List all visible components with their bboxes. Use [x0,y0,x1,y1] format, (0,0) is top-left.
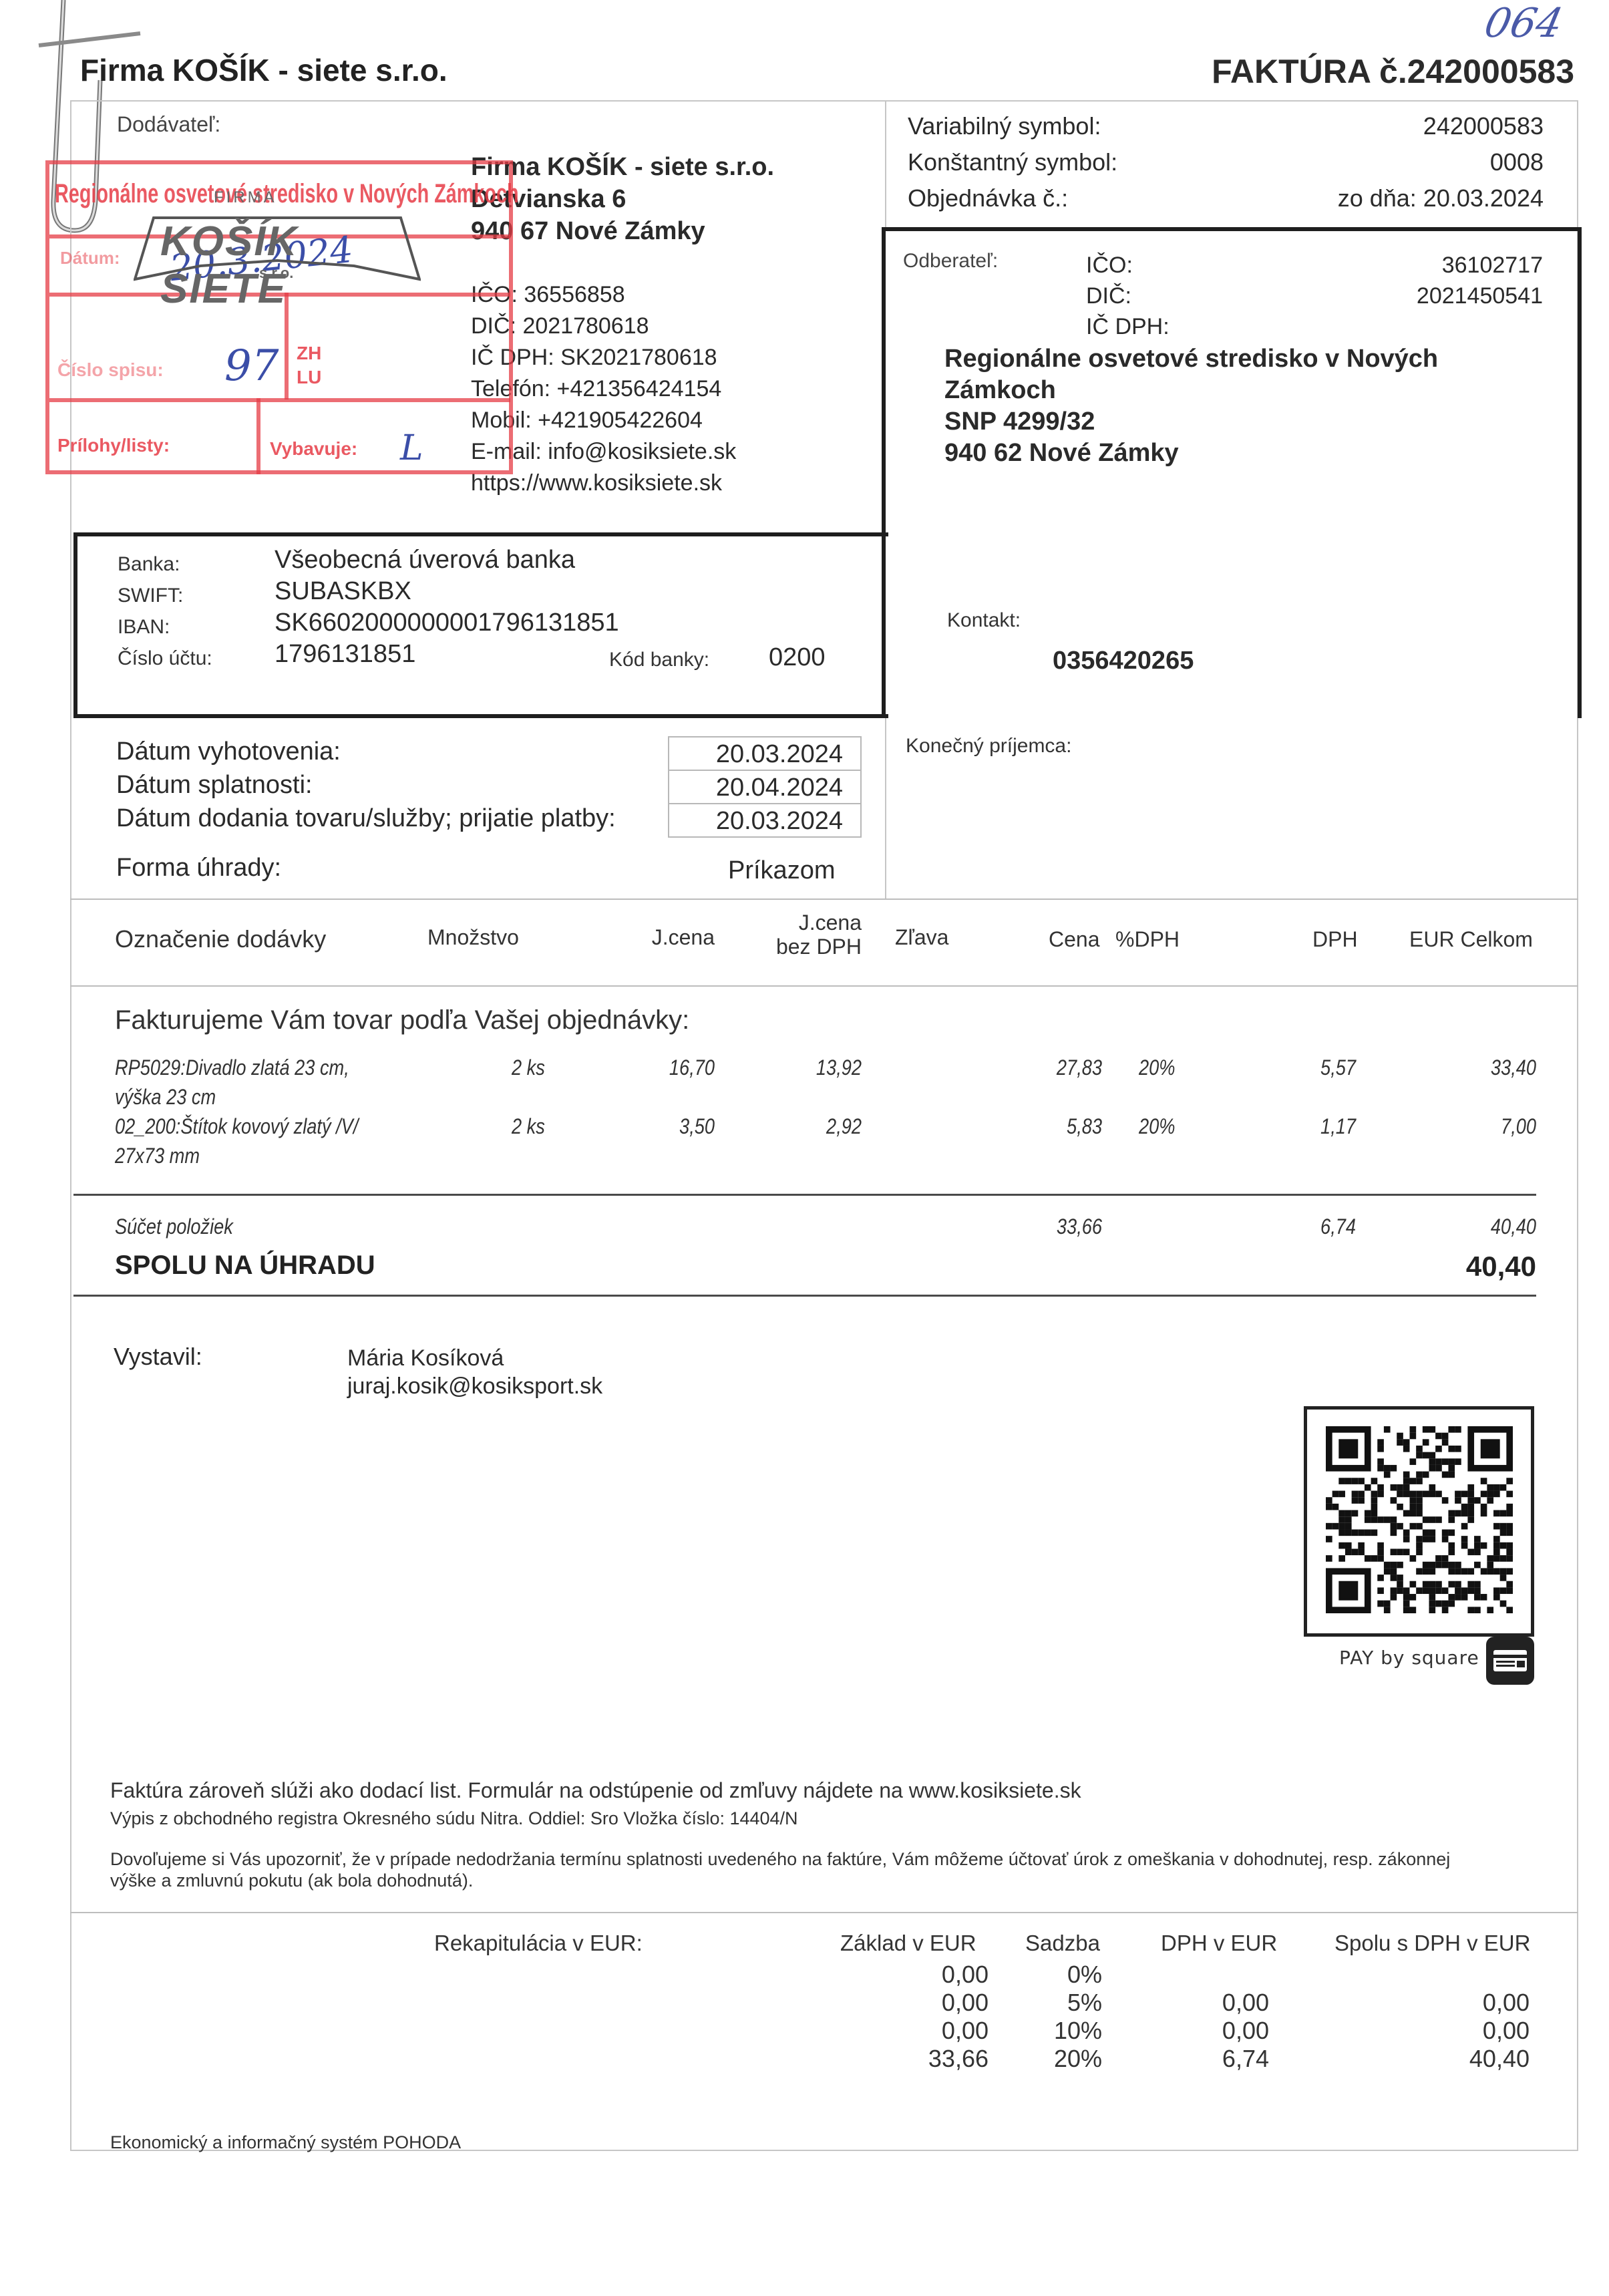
item-price: 5,83 [1017,1114,1103,1139]
item-unit-price-novat: 13,92 [777,1055,862,1080]
col-item: Označenie dodávky [115,925,326,953]
account-number: 1796131851 [275,639,619,670]
col-unit-price-novat: J.cena bez DPH [741,911,862,959]
footer-warning-cont: výške a zmluvnú pokutu (ak bola dohodnut… [110,1870,473,1891]
delivery-date: 20.03.2024 [668,803,862,838]
recap-base: 0,00 [888,1989,989,2017]
issuer-info: Mária Kosíková juraj.kosik@kosiksport.sk [347,1344,602,1400]
item-unit-price: 16,70 [641,1055,715,1080]
col-vat-pct: %DPH [1115,927,1180,952]
sum-price: 33,66 [1017,1214,1103,1239]
recap-total: 0,00 [1369,1989,1530,2017]
customer-ico-label: IČO: [1086,250,1170,281]
col-discount: Zľava [895,925,948,950]
bank-name: Všeobecná úverová banka [275,544,619,576]
delivery-date-label: Dátum dodania tovaru/služby; prijatie pl… [116,802,616,835]
variable-symbol-label: Variabilný symbol: [908,112,1101,140]
sum-label: Súčet položiek [115,1214,233,1239]
stamp-handler-label: Vybavuje: [270,438,357,460]
customer-id-labels: IČO: DIČ: IČ DPH: [1086,250,1170,342]
issuer-email[interactable]: juraj.kosik@kosiksport.sk [347,1372,602,1400]
qr-code-icon [1326,1426,1513,1613]
col-qty: Množstvo [427,925,519,950]
customer-city: 940 62 Nové Zámky [944,438,1438,469]
footer-delivery-note: Faktúra zároveň slúži ako dodací list. F… [110,1778,1081,1803]
item-qty: 2 ks [512,1114,545,1139]
due-date-label: Dátum splatnosti: [116,768,616,802]
stamp-file-label: Číslo spisu: [57,359,164,381]
kosik-siete-stamp-logo: KOŠÍK SIETE s.r.o. FIRMA [134,212,421,283]
order-row: Objednávka č.: zo dňa: 20.03.2024 [908,184,1544,218]
customer-street: SNP 4299/32 [944,406,1438,438]
customer-dic-label: DIČ: [1086,281,1170,311]
col-vat: DPH [1312,927,1358,952]
final-recipient-label: Konečný príjemca: [906,735,1071,758]
stamp-lu: LU [297,365,321,389]
stamp-attachments-label: Prílohy/listy: [57,435,170,456]
issue-date: 20.03.2024 [668,736,862,771]
item-total: 33,40 [1451,1055,1537,1080]
variable-symbol-value: 242000583 [1423,112,1544,140]
item-price: 27,83 [1017,1055,1103,1080]
bank-code: 0200 [769,643,826,672]
item-vat-pct: 20% [1139,1055,1175,1080]
stamp-logo-sub: s.r.o. [259,265,293,282]
customer-name: Regionálne osvetové stredisko v Nových [944,343,1438,375]
recap-col-base: Základ v EUR [840,1931,976,1956]
item-vat-pct: 20% [1139,1114,1175,1139]
divider [70,898,1578,900]
software-credit: Ekonomický a informačný systém POHODA [110,2132,461,2153]
issuer-label: Vystavil: [114,1343,202,1371]
stamp-handler-handwritten: L [400,428,423,468]
footer-registry: Výpis z obchodného registra Okresného sú… [110,1808,798,1829]
col-total: EUR Celkom [1409,927,1533,952]
customer-address: Regionálne osvetové stredisko v Nových Z… [944,343,1438,469]
footer-warning: Dovoľujeme si Vás upozorniť, že v prípad… [110,1849,1450,1870]
recap-vat: 6,74 [1162,2045,1269,2073]
recap-base: 33,66 [888,2045,989,2073]
contact-phone: 0356420265 [1053,647,1194,675]
bank-box: Banka: SWIFT: IBAN: Číslo účtu: Všeobecn… [73,532,888,718]
item-description: RP5029:Divadlo zlatá 23 cm, [115,1055,349,1080]
recap-title: Rekapitulácia v EUR: [434,1931,643,1956]
bank-label: Banka: [118,548,212,580]
grand-total: 40,40 [1403,1251,1536,1283]
order-label: Objednávka č.: [908,184,1068,212]
col-price: Cena [1049,927,1100,952]
customer-ico: 36102717 [1417,250,1543,281]
handwritten-number: 064 [1481,0,1567,47]
sum-total: 40,40 [1451,1214,1537,1239]
customer-box: Odberateľ: IČO: DIČ: IČ DPH: 36102717 20… [882,227,1582,718]
dates-divider [885,718,886,898]
recap-total: 40,40 [1369,2045,1530,2073]
supplier-city: 940 67 Nové Zámky [471,215,774,247]
constant-symbol-value: 0008 [1490,148,1544,176]
issuer-name: Mária Kosíková [347,1344,602,1372]
item-unit-price: 3,50 [641,1114,715,1139]
recap-col-vat: DPH v EUR [1161,1931,1277,1956]
recap-rate: 10% [1029,2017,1102,2045]
col-unit-price-novat-2: bez DPH [741,935,862,959]
stamp-date-label: Dátum: [60,248,120,269]
customer-id-values: 36102717 2021450541 [1417,250,1543,311]
customer-dic: 2021450541 [1417,281,1543,311]
stamp-org: Regionálne osvetové stredisko v Nových Z… [55,179,519,209]
customer-label: Odberateľ: [903,250,998,273]
issue-date-label: Dátum vyhotovenia: [116,735,616,768]
recap-base: 0,00 [888,2017,989,2045]
company-title: Firma KOŠÍK - siete s.r.o. [80,52,448,88]
recap-col-rate: Sadzba [1025,1931,1100,1956]
account-label: Číslo účtu: [118,643,212,674]
grand-total-label: SPOLU NA ÚHRADU [115,1251,375,1281]
item-vat: 1,17 [1271,1114,1357,1139]
constant-symbol-row: Konštantný symbol: 0008 [908,148,1544,182]
divider [70,1912,1578,1913]
item-description-cont: výška 23 cm [115,1085,216,1110]
recap-base: 0,00 [888,1961,989,1989]
item-qty: 2 ks [512,1055,545,1080]
item-vat: 5,57 [1271,1055,1357,1080]
item-description: 02_200:Štítok kovový zlatý /V/ [115,1114,358,1139]
divider [73,1194,1536,1196]
bank-code-label: Kód banky: [609,649,709,671]
order-date: zo dňa: 20.03.2024 [1338,184,1544,212]
swift-label: SWIFT: [118,580,212,611]
recap-rate: 20% [1029,2045,1102,2073]
payment-method: Príkazom [728,856,835,885]
bank-values: Všeobecná úverová banka SUBASKBX SK66020… [275,544,619,670]
sum-vat: 6,74 [1271,1214,1357,1239]
divider [73,1295,1536,1297]
bank-labels: Banka: SWIFT: IBAN: Číslo účtu: [118,548,212,674]
supplier-name: Firma KOŠÍK - siete s.r.o. [471,151,774,183]
contact-label: Kontakt: [947,609,1021,632]
invoice-title: FAKTÚRA č.242000583 [1212,52,1574,91]
qr-code [1304,1406,1534,1637]
due-date: 20.04.2024 [668,770,862,804]
pay-by-square-label: PAY by square [1339,1647,1479,1669]
registry-stamp: Regionálne osvetové stredisko v Nových Z… [45,160,513,474]
recap-vat: 0,00 [1162,1989,1269,2017]
recap-total: 0,00 [1369,2017,1530,2045]
constant-symbol-label: Konštantný symbol: [908,148,1117,176]
stamp-zh: ZH [297,341,321,365]
customer-ic-dph-label: IČ DPH: [1086,311,1170,342]
payment-symbols: Variabilný symbol: 242000583 Konštantný … [885,100,1578,230]
swift-code: SUBASKBX [275,576,619,607]
payment-card-icon [1486,1637,1534,1685]
col-unit-price: J.cena [628,925,715,950]
recap-rate: 0% [1029,1961,1102,1989]
stamp-firma: FIRMA [214,188,277,207]
recap-rate: 5% [1029,1989,1102,2017]
recap-col-total: Spolu s DPH v EUR [1334,1931,1530,1956]
item-unit-price-novat: 2,92 [777,1114,862,1139]
customer-name-cont: Zámkoch [944,375,1438,406]
stamp-zh-lu: ZH LU [297,341,321,389]
divider [70,985,1578,987]
date-labels: Dátum vyhotovenia: Dátum splatnosti: Dát… [116,735,616,835]
item-description-cont: 27x73 mm [115,1144,200,1168]
invoice-intro: Fakturujeme Vám tovar podľa Vašej objedn… [115,1005,689,1035]
payment-method-label: Forma úhrady: [116,854,281,882]
col-unit-price-novat-1: J.cena [741,911,862,935]
supplier-label: Dodávateľ: [117,112,220,137]
item-total: 7,00 [1451,1114,1537,1139]
variable-symbol-row: Variabilný symbol: 242000583 [908,112,1544,146]
iban-label: IBAN: [118,611,212,643]
recap-vat: 0,00 [1162,2017,1269,2045]
iban-value: SK6602000000001796131851 [275,607,619,639]
stamp-file-handwritten: 97 [224,341,279,391]
